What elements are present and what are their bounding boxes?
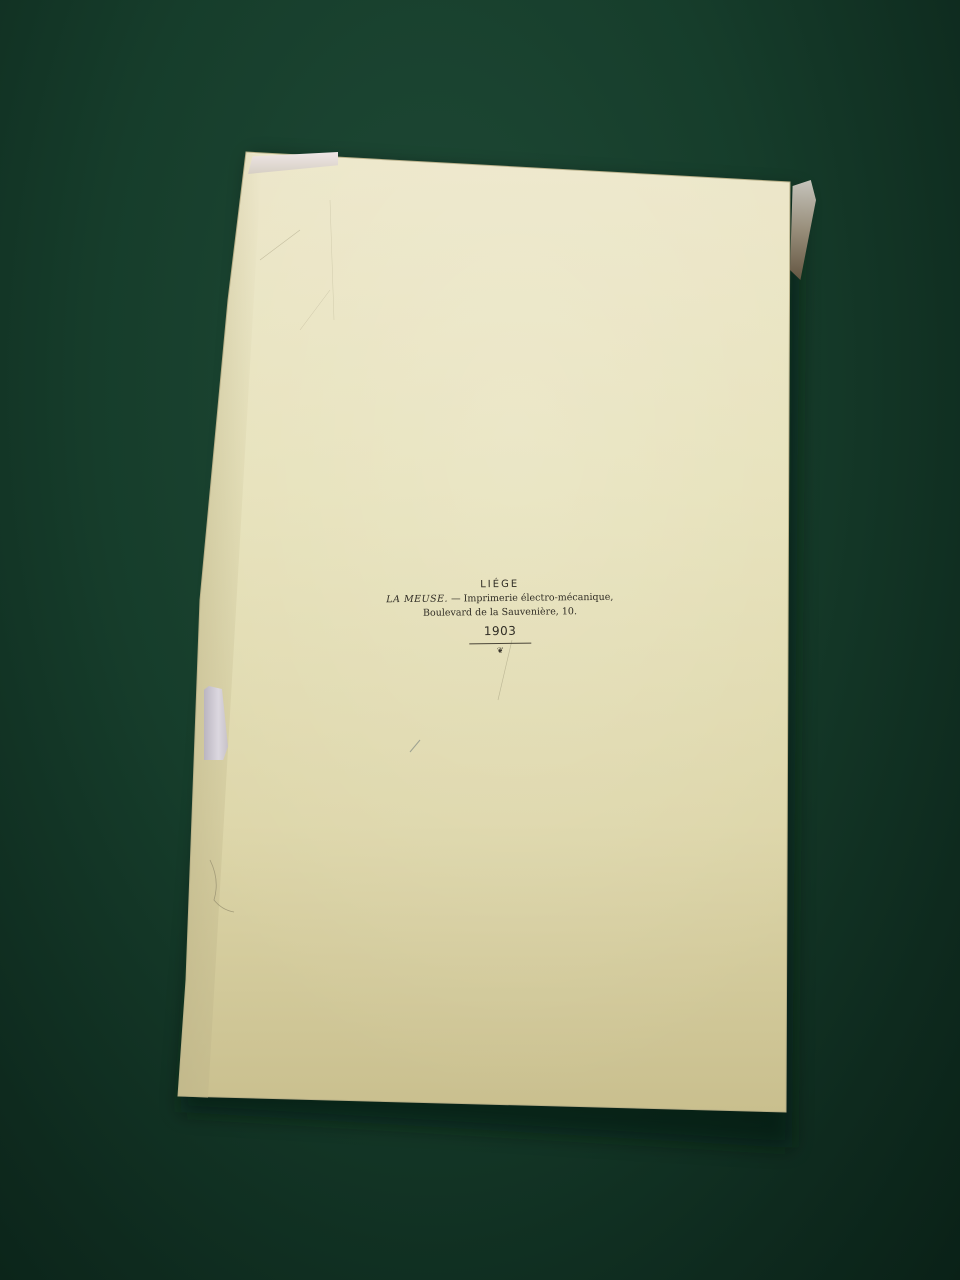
imprint-rule	[469, 643, 531, 645]
imprint-publisher: LA MEUSE.	[386, 594, 448, 606]
printer-imprint: LIÉGE LA MEUSE. — Imprimerie électro-méc…	[350, 576, 651, 657]
photo-scene: LIÉGE LA MEUSE. — Imprimerie électro-méc…	[0, 0, 960, 1280]
imprint-year: 1903	[350, 620, 650, 641]
imprint-publisher-suffix: — Imprimerie électro-mécanique,	[448, 592, 613, 605]
